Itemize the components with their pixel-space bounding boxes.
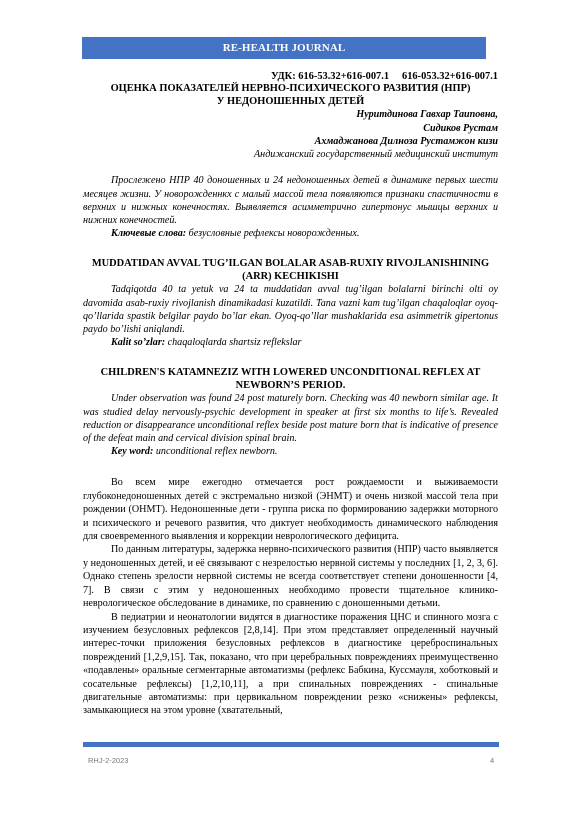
institution: Андижанский государственный медицинский … [83,148,498,161]
article-title-en: CHILDREN'S KATAMNEZIZ WITH LOWERED UNCON… [83,367,498,392]
keywords-en: Key word: unconditional reflex newborn. [83,445,498,458]
keywords-label: Kalit so’zlar: [111,337,165,348]
title-line: У НЕДОНОШЕННЫХ ДЕТЕЙ [83,96,498,109]
keywords-label: Ключевые слова: [111,228,186,239]
keywords-text: unconditional reflex newborn. [153,446,277,457]
keywords-text: chaqaloqlarda shartsiz reflekslar [165,337,301,348]
abstract-ru: Прослежено НПР 40 доношенных и 24 недоно… [83,174,498,227]
body-paragraph: Во всем мире ежегодно отмечается рост ро… [83,476,498,543]
abstract-en: Under observation was found 24 post matu… [83,392,498,445]
author: Нуритдинова Гавхар Таиповна, [83,108,498,121]
keywords-ru: Ключевые слова: безусловные рефлексы нов… [83,227,498,240]
footer-issue: RHJ-2-2023 [88,756,128,765]
page-number: 4 [490,756,494,765]
title-line: ОЦЕНКА ПОКАЗАТЕЛЕЙ НЕРВНО-ПСИХИЧЕСКОГО Р… [83,83,498,96]
body-paragraph: По данным литературы, задержка нервно-пс… [83,543,498,610]
keywords-uz: Kalit so’zlar: chaqaloqlarda shartsiz re… [83,336,498,349]
keywords-label: Key word: [111,446,153,457]
article-title-ru: ОЦЕНКА ПОКАЗАТЕЛЕЙ НЕРВНО-ПСИХИЧЕСКОГО Р… [83,83,498,108]
body-paragraph: В педиатрии и неонатологии видятся в диа… [83,611,498,718]
article-title-uz: MUDDATIDAN AVVAL TUG’ILGAN BOLALAR ASAB-… [83,258,498,283]
udk-code: УДК: 616-53.32+616-007.1 616-053.32+616-… [83,70,498,83]
keywords-text: безусловные рефлексы новорожденных. [186,228,359,239]
author: Ахмаджанова Дилноза Рустамжон кизи [83,135,498,148]
abstract-uz: Tadqiqotda 40 ta yetuk va 24 ta muddatid… [83,283,498,336]
author: Сидиков Рустам [83,122,498,135]
footer-bar [83,742,499,747]
journal-header-bar: RE-HEALTH JOURNAL [82,37,486,59]
page-content: УДК: 616-53.32+616-007.1 616-053.32+616-… [83,70,498,718]
